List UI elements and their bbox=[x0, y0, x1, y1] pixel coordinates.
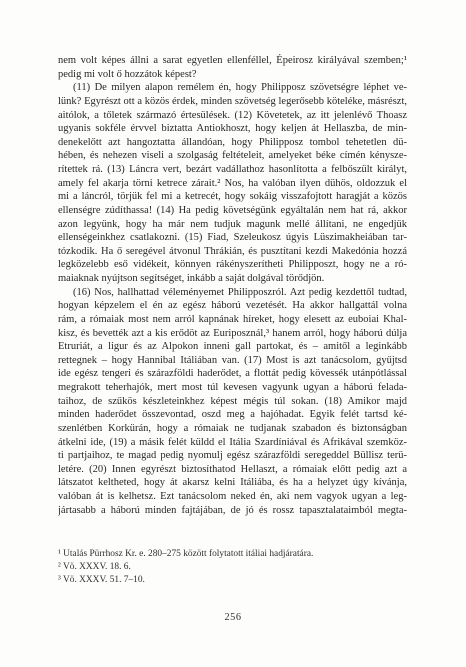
text-line: letére. (20) Innen egyrészt biztosíthato… bbox=[58, 463, 407, 477]
text-line: tózkodik. Ha ő seregével átvonul Thrákiá… bbox=[58, 245, 407, 259]
text-line: jártasabb a háború minden fajtájában, de… bbox=[58, 504, 407, 518]
text-line: denekelőtt azt hangoztatta állandóan, ho… bbox=[58, 136, 407, 150]
text-line: rettegnek – hogy Hannibal Itáliában van.… bbox=[58, 354, 407, 368]
text-line: valóban át is kelhetsz. Ezt tanácsolom n… bbox=[58, 490, 407, 504]
text-line: szenlétben Korkürán, hogy a rómaiak ne t… bbox=[58, 422, 407, 436]
footnotes-section: ¹ Utalás Pürrhosz Kr. e. 280–275 között … bbox=[58, 548, 407, 586]
book-page: nem volt képes állni a sarat egyetlen el… bbox=[0, 0, 466, 667]
text-line: rám, a rómaiak most nem arról kapnának h… bbox=[58, 313, 407, 327]
text-line: ti partjaihoz, te magad pedig nyomulj eg… bbox=[58, 449, 407, 463]
text-line: azon legyünk, hogy ha már nem tudjuk mag… bbox=[58, 218, 407, 232]
text-line: ellenségeinkhez csatlakozni. (15) Fiad, … bbox=[58, 231, 407, 245]
text-line: látszatot keltheted, hogy át akarsz keln… bbox=[58, 476, 407, 490]
text-line: hogyan képzelem el én az egész háború ve… bbox=[58, 299, 407, 313]
text-line: maiaknak nyújtson segítséget, inkább a s… bbox=[58, 272, 407, 286]
text-line: hében, és nehezen viseli a szolgaság fel… bbox=[58, 149, 407, 163]
text-line: (16) Nos, hallhattad véleményemet Philip… bbox=[58, 286, 407, 300]
footnote: ³ Vö. XXXV. 51. 7–10. bbox=[58, 574, 407, 587]
text-line: legközelebb eső vidékeit, könnyen rákény… bbox=[58, 258, 407, 272]
text-line: taihoz, de szűkös készleteinkhez képest … bbox=[58, 395, 407, 409]
text-line: kisz, és bevették azt a kis erődöt az Eu… bbox=[58, 327, 407, 341]
text-line: rítettek rá. (13) Láncra vert, bezárt va… bbox=[58, 163, 407, 177]
paragraph: (16) Nos, hallhattad véleményemet Philip… bbox=[58, 286, 407, 518]
text-line: ide egész tengeri és szárazföldi haderőd… bbox=[58, 367, 407, 381]
text-line: átkelni ide, (19) a másik felét küldd el… bbox=[58, 436, 407, 450]
footnote: ¹ Utalás Pürrhosz Kr. e. 280–275 között … bbox=[58, 548, 407, 561]
text-line: nem volt képes állni a sarat egyetlen el… bbox=[58, 54, 407, 68]
page-number: 256 bbox=[0, 612, 466, 623]
text-line: minden haderődet összevontad, oszd meg a… bbox=[58, 408, 407, 422]
text-line: ellenségre zúdíthassa! (14) Ha pedig köv… bbox=[58, 204, 407, 218]
paragraph: nem volt képes állni a sarat egyetlen el… bbox=[58, 54, 407, 81]
footnote: ² Vö. XXXV. 18. 6. bbox=[58, 561, 407, 574]
text-line: megrakott teherhajók, mert most túl keve… bbox=[58, 381, 407, 395]
body-text: nem volt képes állni a sarat egyetlen el… bbox=[58, 54, 407, 517]
paragraph: (11) De milyen alapon remélem én, hogy P… bbox=[58, 81, 407, 285]
text-line: lünk? Egyrészt ott a közös érdek, minden… bbox=[58, 95, 407, 109]
text-line: (11) De milyen alapon remélem én, hogy P… bbox=[58, 81, 407, 95]
text-line: aitólok, a tőletek származó értesülések.… bbox=[58, 109, 407, 123]
text-line: Etruriát, a ligur és az Alpokon inneni g… bbox=[58, 340, 407, 354]
text-line: ugyanis sokféle érvvel biztatta Antiokho… bbox=[58, 122, 407, 136]
text-line: amely fel akarja törni ketrece zárait.² … bbox=[58, 177, 407, 191]
text-line: mi a láncról, törjük fel mi a ketrecét, … bbox=[58, 190, 407, 204]
text-line: pedig mi volt ő hozzátok képest? bbox=[58, 68, 407, 82]
